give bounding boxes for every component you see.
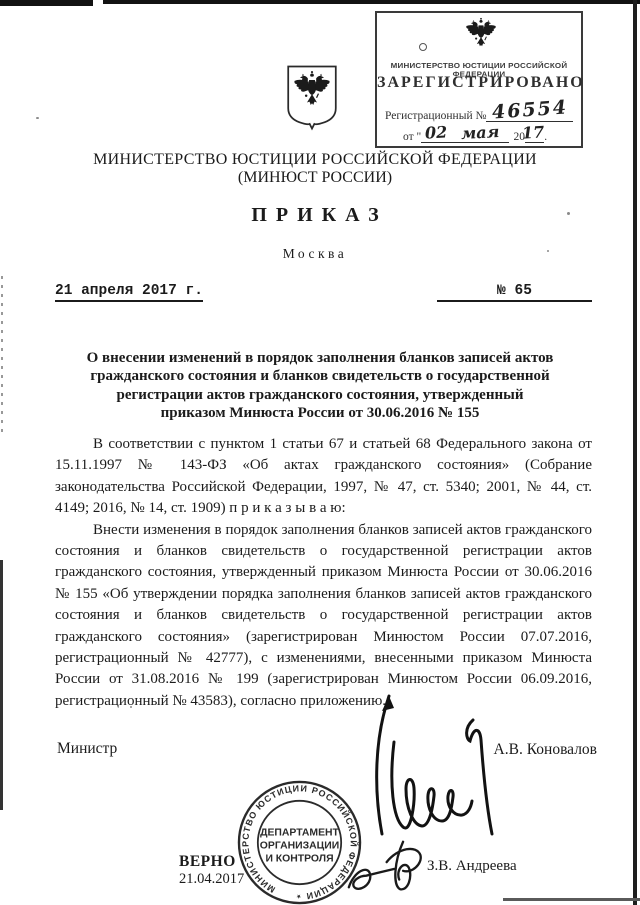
stamp-reg-number-value: 46554 bbox=[486, 99, 573, 122]
verno-label: ВЕРНО bbox=[179, 853, 244, 871]
signer-position: Министр bbox=[57, 740, 117, 758]
scan-bottom-edge bbox=[503, 898, 640, 901]
order-date: 21 апреля 2017 г. bbox=[55, 283, 203, 302]
document-type: ПРИКАЗ bbox=[0, 204, 630, 227]
seal-center-line1: ДЕПАРТАМЕНТ bbox=[260, 828, 339, 839]
stamp-reg-number-label: Регистрационный № bbox=[385, 110, 486, 122]
stamp-registered-label: ЗАРЕГИСТРИРОВАНО bbox=[377, 74, 581, 92]
stamp-date-month: мая bbox=[451, 123, 509, 143]
order-title: О внесении изменений в порядок заполнени… bbox=[85, 349, 555, 422]
certification-date: 21.04.2017 bbox=[179, 871, 244, 888]
date-and-number-line: 21 апреля 2017 г. № 65 bbox=[55, 283, 592, 302]
scan-left-edge bbox=[0, 560, 3, 810]
certifier-name: З.В. Андреева bbox=[427, 858, 517, 875]
stamp-date-day: 02 bbox=[421, 123, 451, 143]
ministry-name-line2: (МИНЮСТ РОССИИ) bbox=[10, 169, 620, 187]
stamp-ink-speck bbox=[419, 43, 427, 51]
body-paragraph: В соответствии с пунктом 1 статьи 67 и с… bbox=[55, 434, 592, 520]
minister-signature bbox=[352, 684, 524, 836]
stamp-eagle-icon bbox=[463, 17, 499, 49]
scanned-order-document: МИНИСТЕРСТВО ЮСТИЦИИ РОССИЙСКОЙ ФЕДЕРАЦИ… bbox=[0, 0, 640, 905]
scan-left-edge bbox=[1, 276, 3, 436]
scan-top-edge bbox=[0, 0, 93, 6]
certification-block: ВЕРНО 21.04.2017 bbox=[179, 853, 244, 888]
registration-stamp: МИНИСТЕРСТВО ЮСТИЦИИ РОССИЙСКОЙ ФЕДЕРАЦИ… bbox=[375, 11, 583, 148]
ministry-name-line1: МИНИСТЕРСТВО ЮСТИЦИИ РОССИЙСКОЙ ФЕДЕРАЦИ… bbox=[10, 151, 620, 169]
scan-top-edge bbox=[103, 0, 640, 4]
certifier-signature bbox=[344, 826, 436, 904]
stamp-date-row: от " 02 мая 20 17 . bbox=[385, 123, 573, 143]
city-name: Москва bbox=[0, 246, 630, 262]
scan-speck bbox=[36, 117, 39, 119]
seal-center-line2: ОРГАНИЗАЦИИ bbox=[260, 840, 339, 851]
stamp-date-prefix: от " bbox=[403, 131, 421, 143]
scan-right-edge bbox=[633, 0, 637, 905]
order-number: № 65 bbox=[437, 283, 592, 302]
order-body: В соответствии с пунктом 1 статьи 67 и с… bbox=[55, 434, 592, 712]
stamp-date-year-hand: 17 bbox=[525, 123, 544, 143]
seal-center-line3: И КОНТРОЛЯ bbox=[265, 853, 333, 864]
stamp-registration-number-row: Регистрационный № 46554 bbox=[385, 99, 573, 122]
state-emblem-icon bbox=[283, 63, 341, 135]
